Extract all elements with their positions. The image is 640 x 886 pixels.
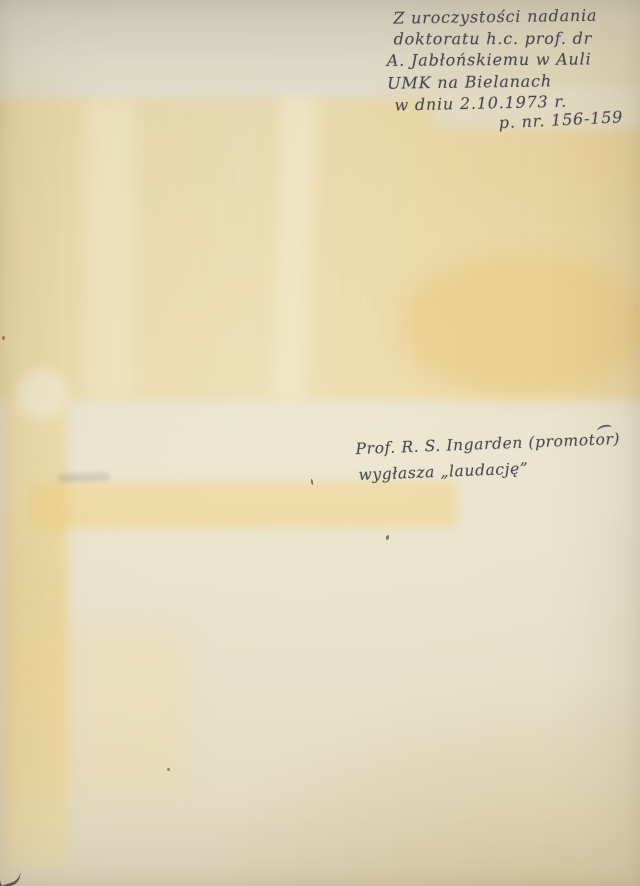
handwritten-note-top: Z uroczystości nadania doktoratu h.c. pr… [393,4,623,132]
stain-right-swirl [400,255,640,395]
corner-pen-scribble [0,863,24,886]
stain-middle-band [30,481,458,529]
ink-speck [310,479,313,485]
note-line: doktoratu h.c. prof. dr [394,27,623,49]
ink-speck [385,535,389,541]
red-speck [2,336,5,340]
light-streak-left [86,100,136,398]
stain-bottom-left-wash [0,628,188,793]
note-line: Z uroczystości nadania [393,4,622,29]
ink-speck [167,768,170,771]
note-line: A. Jabłońskiemu w Auli [387,48,623,71]
photographed-document-page: Z uroczystości nadania doktoratu h.c. pr… [0,0,640,886]
light-spot [16,370,68,418]
handwritten-note-middle: Prof. R. S. Ingarden (promotor) wygłasza… [355,426,622,488]
pencil-smudge [58,472,110,483]
